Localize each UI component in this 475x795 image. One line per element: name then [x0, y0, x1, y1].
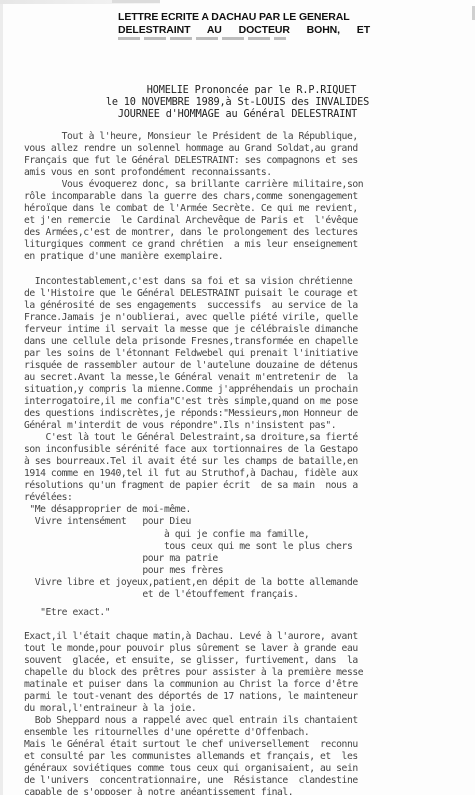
text-line: France.Jamais je n'oublierai, avec quell… [24, 312, 469, 324]
text-line: Tout à l'heure, Monsieur le Président de… [24, 131, 469, 143]
quote-line: pour mes frères [24, 565, 469, 577]
text-line: chapelle du block des prêtres pour assis… [24, 667, 469, 679]
text-line: révélées: [24, 492, 469, 504]
text-line: matinale et puiser dans la communion au … [24, 679, 469, 691]
text-line: au secret.Avant la messe,le Général vena… [24, 372, 469, 384]
text-line: risquée de rassembler autour de l'autelu… [24, 360, 469, 372]
homily-title: HOMELIE Prononcée par le R.P.RIQUET le 1… [0, 85, 475, 122]
text-line: interrogatoire,il me confia"C'est très s… [24, 396, 469, 408]
text-line: Bob Sheppard nous a rappelé avec quel en… [24, 715, 469, 727]
text-line: Exact,il l'était chaque matin,à Dachau. … [24, 631, 469, 643]
text-line: des questions indiscrètes,je réponds:"Me… [24, 408, 469, 420]
letter-header: LETTRE ECRITE A DACHAU PAR LE GENERAL DE… [118, 11, 378, 37]
text-line: liturgiques comment ce grand chrétien a … [24, 239, 469, 251]
text-line: en pratique d'une manière exemplaire. [24, 251, 469, 263]
text-line: héroïque dans le combat de l'Armée Secrè… [24, 203, 469, 215]
text-line: souvent glacée, et ensuite, se glisser, … [24, 655, 469, 667]
letter-header-line-1: LETTRE ECRITE A DACHAU PAR LE GENERAL [118, 11, 378, 24]
scan-smudge [112, 0, 160, 3]
quote-line: pour ma patrie [24, 553, 469, 565]
text-line: tout le monde,pour pouvoir plus sûrement… [24, 643, 469, 655]
text-line: et j'en remercie le Cardinal Archevêque … [24, 215, 469, 227]
text-line: à ses bourreaux.Tel il avait été sur les… [24, 456, 469, 468]
paragraph-4: Exact,il l'était chaque matin,à Dachau. … [24, 631, 469, 795]
text-line: du moral,l'entraineur à la joie. [24, 703, 469, 715]
text-line: 1914 comme en 1940,tel il fut au Strutho… [24, 468, 469, 480]
text-line: C'est là tout le Général Delestraint,sa … [24, 432, 469, 444]
text-line: son inconfusible sérénité face aux torti… [24, 444, 469, 456]
paragraph-gap [24, 264, 469, 276]
text-line: Vous évoquerez donc, sa brillante carriè… [24, 179, 469, 191]
text-line: Mais le Général était surtout le chef un… [24, 739, 469, 751]
text-line: Général m'interdit de vous répondre".Ils… [24, 420, 469, 432]
text-line: vous allez rendre un solennel hommage au… [24, 143, 469, 155]
text-line: amis vous en sont profondément reconnais… [24, 167, 469, 179]
letter-header-line-2: DELESTRAINT AU DOCTEUR BOHN, ET [118, 24, 378, 37]
quote-line: Vivre intensément pour Dieu [24, 516, 469, 528]
quote-line: et de l'étouffement français. [24, 589, 469, 601]
text-line: capable de s'opposer à notre anéantissem… [24, 787, 469, 795]
text-line: de l'Histoire que le Général DELESTRAINT… [24, 288, 469, 300]
quote-line: Vivre libre et joyeux,patient,en dépit d… [24, 577, 469, 589]
title-line-2: le 10 NOVEMBRE 1989,à St-LOUIS des INVAL… [0, 97, 475, 109]
text-line: situation,y compris la mienne.Comme j'ap… [24, 384, 469, 396]
title-line-1: HOMELIE Prononcée par le R.P.RIQUET [0, 85, 475, 97]
text-line: de l'univers concentrationnaire, une Rés… [24, 775, 469, 787]
title-line-3: JOURNEE d'HOMMAGE au Général DELESTRAINT [0, 109, 475, 121]
paragraph-2: Incontestablement,c'est dans sa foi et s… [24, 276, 469, 505]
quote-line: à qui je confie ma famille, [24, 529, 469, 541]
text-line: ensemble les ritournelles d'une opérette… [24, 727, 469, 739]
cut-off-line [118, 37, 286, 40]
text-line: par les soins de l'étonnant Feldwebel qu… [24, 348, 469, 360]
text-line: généraux soviétiques comme tous ceux qui… [24, 763, 469, 775]
text-line: résolutions qu'un fragment de papier écr… [24, 480, 469, 492]
text-line: Incontestablement,c'est dans sa foi et s… [24, 276, 469, 288]
paragraph-1: Tout à l'heure, Monsieur le Président de… [24, 131, 469, 264]
scanned-page: LETTRE ECRITE A DACHAU PAR LE GENERAL DE… [0, 0, 475, 795]
text-line: ferveur intime il servait la messe que j… [24, 324, 469, 336]
text-line: des Armées,c'est de montrer, dans le pro… [24, 227, 469, 239]
text-line: parmi le tout-venant des déportés de 17 … [24, 691, 469, 703]
text-line: et consulté par les communistes allemand… [24, 751, 469, 763]
quote-line: "Me désapproprier de moi-même. [24, 504, 469, 516]
homily-body: Tout à l'heure, Monsieur le Président de… [24, 131, 469, 795]
text-line: rôle incomparable dans la guerre des cha… [24, 191, 469, 203]
quoted-resolutions: "Me désapproprier de moi-même. Vivre int… [24, 504, 469, 618]
text-line: la générosité de ses engagements success… [24, 300, 469, 312]
paragraph-gap [24, 619, 469, 631]
text-line: Français que fut le Général DELESTRAINT:… [24, 155, 469, 167]
quote-line: "Etre exact." [24, 607, 469, 619]
quote-line: tous ceux qui me sont le plus chers [24, 541, 469, 553]
text-line: dans une cellule dela prisonde Fresnes,t… [24, 336, 469, 348]
